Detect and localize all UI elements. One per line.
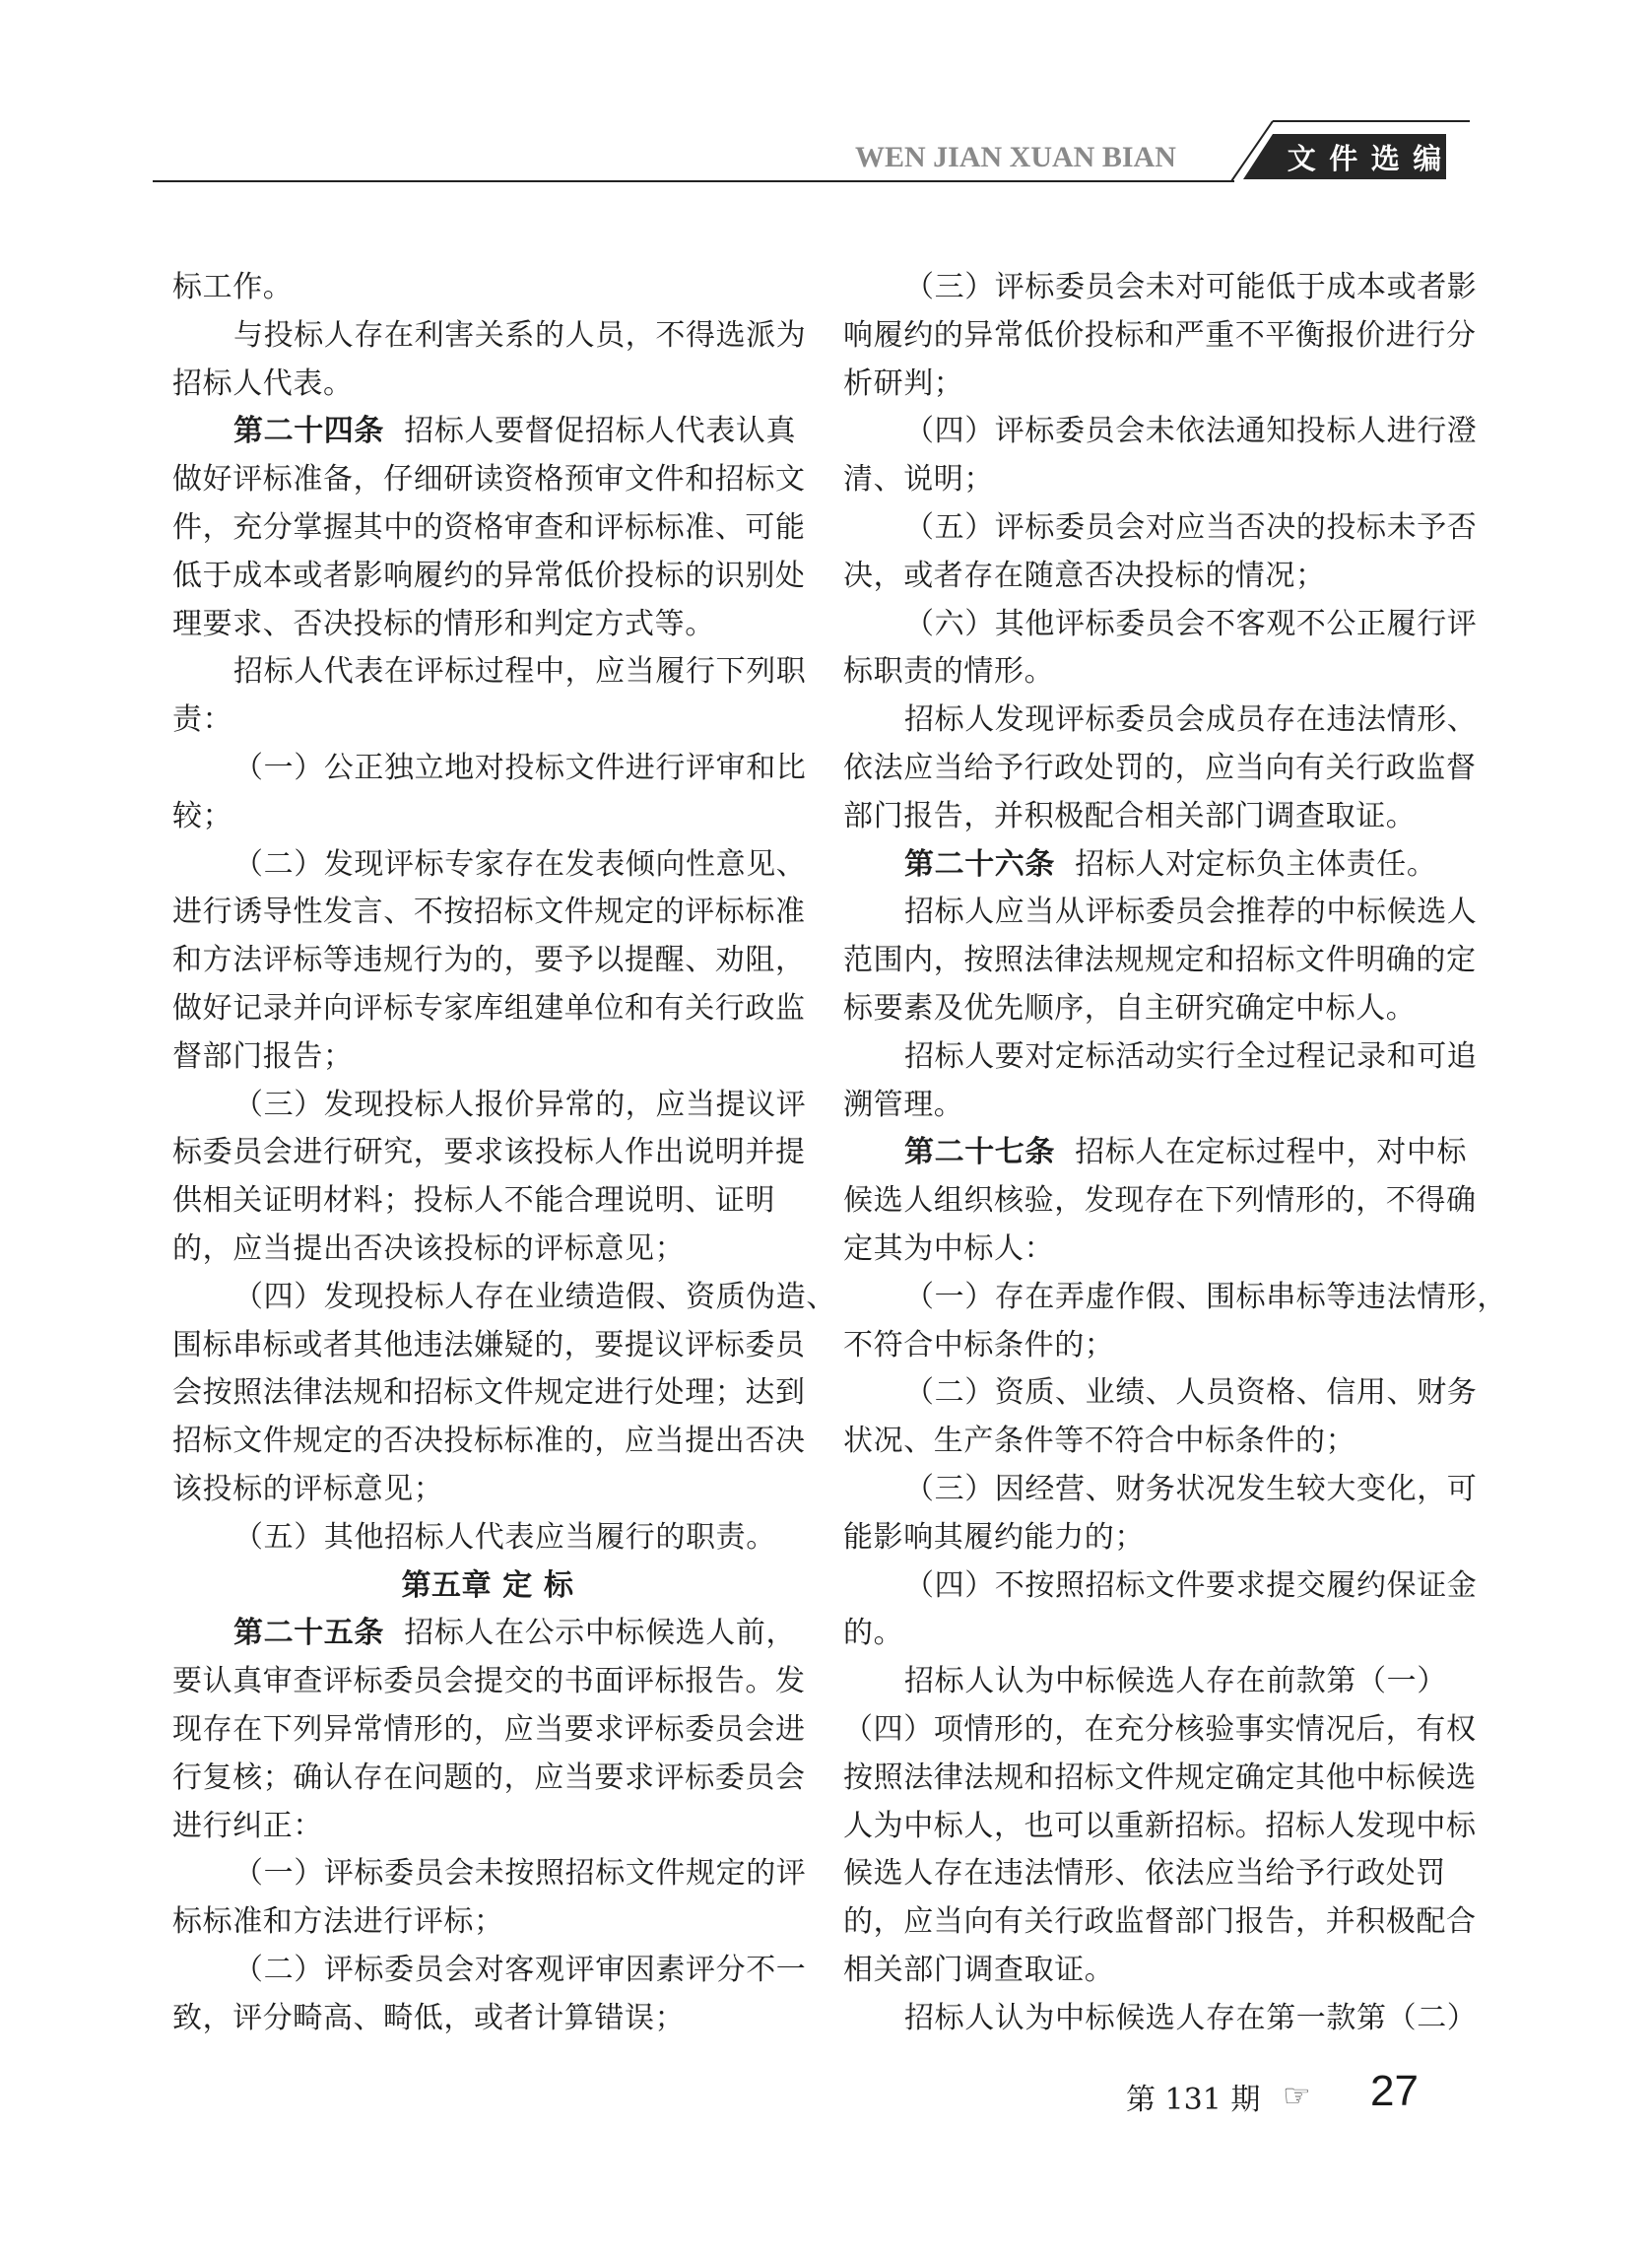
line-text: 能影响其履约能力的； xyxy=(843,1520,1145,1555)
text-line: 现存在下列异常情形的，应当要求评标委员会进 xyxy=(172,1706,803,1755)
article-line: 第二十六条 招标人对定标负主体责任。 xyxy=(843,841,1459,890)
text-line: 招标人发现评标委员会成员存在违法情形、 xyxy=(843,697,1459,745)
article-number: 第二十六条 xyxy=(904,847,1055,882)
text-line: （四）项情形的，在充分核验事实情况后，有权 xyxy=(843,1706,1459,1755)
header-rule xyxy=(153,180,1234,182)
page-number: 27 xyxy=(1370,2067,1419,2116)
line-text: 招标人代表。 xyxy=(172,366,354,401)
line-text: 要认真审查评标委员会提交的书面评标报告。发 xyxy=(172,1664,806,1698)
text-line: 决，或者存在随意否决投标的情况； xyxy=(843,553,1459,601)
text-line: 招标人认为中标候选人存在前款第（一） xyxy=(843,1658,1459,1706)
text-line: （二）评标委员会对客观评审因素评分不一 xyxy=(172,1947,803,1995)
line-text: 状况、生产条件等不符合中标条件的； xyxy=(843,1424,1355,1458)
article-line: 第二十七条 招标人在定标过程中，对中标 xyxy=(843,1129,1459,1177)
line-text: 供相关证明材料；投标人不能合理说明、证明 xyxy=(172,1183,775,1218)
text-line: （一）评标委员会未按照招标文件规定的评 xyxy=(172,1850,803,1898)
line-text: 不符合中标条件的； xyxy=(843,1328,1114,1362)
text-line: 标标准和方法进行评标； xyxy=(172,1898,803,1947)
text-line: 围标串标或者其他违法嫌疑的，要提议评标委员 xyxy=(172,1322,803,1370)
line-text: 理要求、否决投标的情形和判定方式等。 xyxy=(172,607,715,641)
section-title-char: 文 xyxy=(1288,137,1316,177)
text-line: （三）发现投标人报价异常的，应当提议评 xyxy=(172,1082,803,1130)
line-text: 溯管理。 xyxy=(843,1088,963,1122)
line-text: 进行纠正： xyxy=(172,1809,323,1843)
text-line: 响履约的异常低价投标和严重不平衡报价进行分 xyxy=(843,312,1459,361)
line-text: 会按照法律法规和招标文件规定进行处理；达到 xyxy=(172,1375,806,1410)
line-text: （二）资质、业绩、人员资格、信用、财务 xyxy=(904,1375,1477,1410)
line-text: 做好评标准备，仔细研读资格预审文件和招标文 xyxy=(172,462,806,497)
chapter-heading: 第五章 定 标 xyxy=(172,1562,803,1611)
line-text: 招标人要督促招标人代表认真 xyxy=(384,414,796,448)
line-text: 该投标的评标意见； xyxy=(172,1472,443,1506)
text-line: 按照法律法规和招标文件规定确定其他中标候选 xyxy=(843,1755,1459,1803)
line-text: （四）评标委员会未依法通知投标人进行澄 xyxy=(904,414,1477,448)
text-line: 候选人存在违法情形、依法应当给予行政处罚 xyxy=(843,1850,1459,1898)
line-text: 招标人在公示中标候选人前， xyxy=(384,1616,796,1650)
text-line: 招标人要对定标活动实行全过程记录和可追 xyxy=(843,1033,1459,1082)
line-text: （六）其他评标委员会不客观不公正履行评 xyxy=(904,607,1477,641)
line-text: 招标人对定标负主体责任。 xyxy=(1055,847,1436,882)
line-text: 招标文件规定的否决投标标准的，应当提出否决 xyxy=(172,1424,806,1458)
line-text: 督部门报告； xyxy=(172,1039,354,1074)
article-number: 第二十七条 xyxy=(904,1135,1055,1169)
line-text: 进行诱导性发言、不按招标文件规定的评标标准 xyxy=(172,895,806,929)
line-text: （二）发现评标专家存在发表倾向性意见、 xyxy=(233,847,806,882)
text-line: 溯管理。 xyxy=(843,1082,1459,1130)
text-line: 做好记录并向评标专家库组建单位和有关行政监 xyxy=(172,985,803,1033)
line-text: 与投标人存在利害关系的人员，不得选派为 xyxy=(233,318,806,353)
text-line: 招标文件规定的否决投标标准的，应当提出否决 xyxy=(172,1418,803,1466)
text-line: 该投标的评标意见； xyxy=(172,1466,803,1514)
text-line: 部门报告，并积极配合相关部门调查取证。 xyxy=(843,793,1459,841)
line-text: 响履约的异常低价投标和严重不平衡报价进行分 xyxy=(843,318,1477,353)
line-text: 做好记录并向评标专家库组建单位和有关行政监 xyxy=(172,991,806,1026)
line-text: 的，应当向有关行政监督部门报告，并积极配合 xyxy=(843,1904,1477,1939)
section-title-chinese: 文 件 选 编 xyxy=(1281,136,1448,177)
text-line: 定其为中标人： xyxy=(843,1226,1459,1274)
text-line: （一）存在弄虚作假、围标串标等违法情形， xyxy=(843,1274,1459,1322)
line-text: （四）发现投标人存在业绩造假、资质伪造、 xyxy=(233,1280,836,1314)
text-line: 理要求、否决投标的情形和判定方式等。 xyxy=(172,601,803,649)
pointing-hand-icon: ☞ xyxy=(1283,2077,1311,2114)
line-text: 低于成本或者影响履约的异常低价投标的识别处 xyxy=(172,559,806,593)
text-line: 的，应当向有关行政监督部门报告，并积极配合 xyxy=(843,1898,1459,1947)
line-text: 析研判； xyxy=(843,366,963,401)
text-line: 行复核；确认存在问题的，应当要求评标委员会 xyxy=(172,1755,803,1803)
line-text: 人为中标人，也可以重新招标。招标人发现中标 xyxy=(843,1809,1477,1843)
text-line: 标工作。 xyxy=(172,264,803,312)
text-line: 标委员会进行研究，要求该投标人作出说明并提 xyxy=(172,1129,803,1177)
line-text: 致，评分畸高、畸低，或者计算错误； xyxy=(172,2001,685,2035)
line-text: 招标人认为中标候选人存在前款第（一） xyxy=(904,1664,1447,1698)
line-text: 责： xyxy=(172,702,232,737)
text-line: （一）公正独立地对投标文件进行评审和比 xyxy=(172,745,803,793)
line-text: 的，应当提出否决该投标的评标意见； xyxy=(172,1231,685,1266)
text-line: 招标人代表在评标过程中，应当履行下列职 xyxy=(172,648,803,697)
line-text: 标工作。 xyxy=(172,270,293,304)
line-text: （五）其他招标人代表应当履行的职责。 xyxy=(233,1520,776,1555)
line-text: 按照法律法规和招标文件规定确定其他中标候选 xyxy=(843,1760,1477,1795)
line-text: 标职责的情形。 xyxy=(843,654,1054,689)
text-line: 招标人代表。 xyxy=(172,361,803,409)
text-line: 件，充分掌握其中的资格审查和评标标准、可能 xyxy=(172,504,803,553)
line-text: 标标准和方法进行评标； xyxy=(172,1904,504,1939)
text-line: （三）因经营、财务状况发生较大变化，可 xyxy=(843,1466,1459,1514)
text-line: 相关部门调查取证。 xyxy=(843,1947,1459,1995)
text-line: 不符合中标条件的； xyxy=(843,1322,1459,1370)
line-text: 招标人代表在评标过程中，应当履行下列职 xyxy=(233,654,806,689)
line-text: 范围内，按照法律法规规定和招标文件明确的定 xyxy=(843,943,1477,977)
text-line: 责： xyxy=(172,697,803,745)
text-line: 能影响其履约能力的； xyxy=(843,1514,1459,1562)
line-text: （五）评标委员会对应当否决的投标未予否 xyxy=(904,510,1477,545)
text-line: 致，评分畸高、畸低，或者计算错误； xyxy=(172,1995,803,2043)
text-line: （二）资质、业绩、人员资格、信用、财务 xyxy=(843,1369,1459,1418)
line-text: 招标人认为中标候选人存在第一款第（二） xyxy=(904,2001,1477,2035)
section-title-char: 选 xyxy=(1371,137,1400,177)
line-text: （一）评标委员会未按照招标文件规定的评 xyxy=(233,1856,806,1891)
line-text: 的。 xyxy=(843,1616,903,1650)
article-number: 第二十四条 xyxy=(233,414,384,448)
line-text: 决，或者存在随意否决投标的情况； xyxy=(843,559,1326,593)
section-title-pinyin: WEN JIAN XUAN BIAN xyxy=(855,141,1176,174)
line-text: 和方法评标等违规行为的，要予以提醒、劝阻， xyxy=(172,943,806,977)
line-text: （三）因经营、财务状况发生较大变化，可 xyxy=(904,1472,1477,1506)
line-text: （二）评标委员会对客观评审因素评分不一 xyxy=(233,1953,806,1987)
text-line: 标要素及优先顺序，自主研究确定中标人。 xyxy=(843,985,1459,1033)
article-line: 第二十五条 招标人在公示中标候选人前， xyxy=(172,1610,803,1658)
text-line: 会按照法律法规和招标文件规定进行处理；达到 xyxy=(172,1369,803,1418)
line-text: 部门报告，并积极配合相关部门调查取证。 xyxy=(843,799,1416,833)
section-title-char: 件 xyxy=(1329,137,1357,177)
text-line: 供相关证明材料；投标人不能合理说明、证明 xyxy=(172,1177,803,1226)
text-line: 和方法评标等违规行为的，要予以提醒、劝阻， xyxy=(172,937,803,985)
line-text: 件，充分掌握其中的资格审查和评标标准、可能 xyxy=(172,510,806,545)
text-line: （四）发现投标人存在业绩造假、资质伪造、 xyxy=(172,1274,803,1322)
line-text: 招标人要对定标活动实行全过程记录和可追 xyxy=(904,1039,1477,1074)
line-text: （一）存在弄虚作假、围标串标等违法情形， xyxy=(904,1280,1507,1314)
article-number: 第二十五条 xyxy=(233,1616,384,1650)
line-text: 候选人组织核验，发现存在下列情形的，不得确 xyxy=(843,1183,1477,1218)
line-text: （一）公正独立地对投标文件进行评审和比 xyxy=(233,751,806,785)
text-line: （四）评标委员会未依法通知投标人进行澄 xyxy=(843,408,1459,456)
text-line: 进行诱导性发言、不按招标文件规定的评标标准 xyxy=(172,889,803,937)
text-line: 范围内，按照法律法规规定和招标文件明确的定 xyxy=(843,937,1459,985)
text-line: （六）其他评标委员会不客观不公正履行评 xyxy=(843,601,1459,649)
text-line: 析研判； xyxy=(843,361,1459,409)
text-line: 进行纠正： xyxy=(172,1803,803,1851)
text-line: 做好评标准备，仔细研读资格预审文件和招标文 xyxy=(172,456,803,504)
page-header: WEN JIAN XUAN BIAN 文 件 选 编 xyxy=(0,0,1652,197)
line-text: （四）项情形的，在充分核验事实情况后，有权 xyxy=(843,1712,1477,1747)
text-line: 低于成本或者影响履约的异常低价投标的识别处 xyxy=(172,553,803,601)
text-line: 依法应当给予行政处罚的，应当向有关行政监督 xyxy=(843,745,1459,793)
text-line: 人为中标人，也可以重新招标。招标人发现中标 xyxy=(843,1803,1459,1851)
text-line: 较； xyxy=(172,793,803,841)
text-line: 清、说明； xyxy=(843,456,1459,504)
text-line: 招标人认为中标候选人存在第一款第（二） xyxy=(843,1995,1459,2043)
line-text: 相关部门调查取证。 xyxy=(843,1953,1114,1987)
left-text-column: 标工作。与投标人存在利害关系的人员，不得选派为招标人代表。第二十四条 招标人要督… xyxy=(172,264,803,2042)
text-line: 与投标人存在利害关系的人员，不得选派为 xyxy=(172,312,803,361)
text-line: （四）不按照招标文件要求提交履约保证金 xyxy=(843,1562,1459,1611)
line-text: 招标人发现评标委员会成员存在违法情形、 xyxy=(904,702,1477,737)
line-text: 招标人在定标过程中，对中标 xyxy=(1055,1135,1467,1169)
line-text: 标委员会进行研究，要求该投标人作出说明并提 xyxy=(172,1135,806,1169)
text-line: 督部门报告； xyxy=(172,1033,803,1082)
right-text-column: （三）评标委员会未对可能低于成本或者影响履约的异常低价投标和严重不平衡报价进行分… xyxy=(843,264,1459,2042)
section-title-char: 编 xyxy=(1413,137,1441,177)
line-text: 行复核；确认存在问题的，应当要求评标委员会 xyxy=(172,1760,806,1795)
text-line: （二）发现评标专家存在发表倾向性意见、 xyxy=(172,841,803,890)
line-text: 清、说明； xyxy=(843,462,994,497)
text-line: 的。 xyxy=(843,1610,1459,1658)
line-text: （三）发现投标人报价异常的，应当提议评 xyxy=(233,1088,806,1122)
line-text: 依法应当给予行政处罚的，应当向有关行政监督 xyxy=(843,751,1477,785)
line-text: 定其为中标人： xyxy=(843,1231,1054,1266)
text-line: 要认真审查评标委员会提交的书面评标报告。发 xyxy=(172,1658,803,1706)
text-line: 状况、生产条件等不符合中标条件的； xyxy=(843,1418,1459,1466)
text-line: （五）评标委员会对应当否决的投标未予否 xyxy=(843,504,1459,553)
line-text: 围标串标或者其他违法嫌疑的，要提议评标委员 xyxy=(172,1328,806,1362)
text-line: （三）评标委员会未对可能低于成本或者影 xyxy=(843,264,1459,312)
text-line: 候选人组织核验，发现存在下列情形的，不得确 xyxy=(843,1177,1459,1226)
line-text: 候选人存在违法情形、依法应当给予行政处罚 xyxy=(843,1856,1446,1891)
line-text: 招标人应当从评标委员会推荐的中标候选人 xyxy=(904,895,1477,929)
line-text: （三）评标委员会未对可能低于成本或者影 xyxy=(904,270,1477,304)
line-text: （四）不按照招标文件要求提交履约保证金 xyxy=(904,1568,1477,1603)
issue-number: 第 131 期 xyxy=(1126,2075,1260,2118)
line-text: 标要素及优先顺序，自主研究确定中标人。 xyxy=(843,991,1416,1026)
text-line: （五）其他招标人代表应当履行的职责。 xyxy=(172,1514,803,1562)
article-line: 第二十四条 招标人要督促招标人代表认真 xyxy=(172,408,803,456)
line-text: 现存在下列异常情形的，应当要求评标委员会进 xyxy=(172,1712,806,1747)
line-text: 较； xyxy=(172,799,232,833)
text-line: 标职责的情形。 xyxy=(843,648,1459,697)
text-line: 的，应当提出否决该投标的评标意见； xyxy=(172,1226,803,1274)
text-line: 招标人应当从评标委员会推荐的中标候选人 xyxy=(843,889,1459,937)
